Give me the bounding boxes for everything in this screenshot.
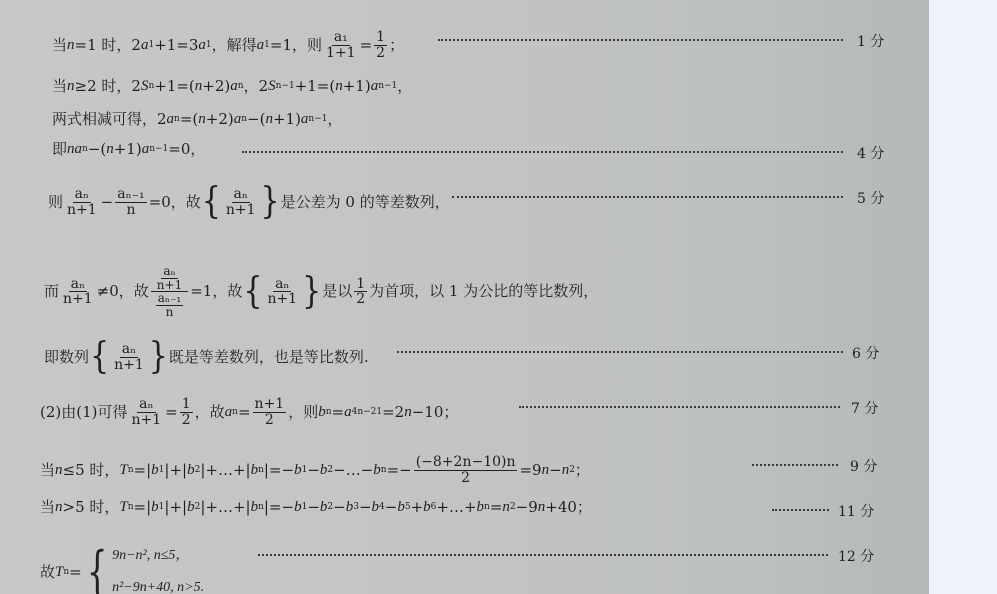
text-segment: |+| — [164, 463, 187, 478]
dotted-leader — [519, 406, 840, 408]
answer-sheet-photo: 当 n=1 时，2a1+1=3a1，解得 a1=1，则a₁1+1=12；1 分当… — [0, 0, 929, 594]
fraction: aₙn+1 — [112, 342, 146, 372]
math-variable: b — [151, 500, 159, 515]
math-variable: b — [294, 463, 302, 478]
text-segment: + — [411, 500, 424, 515]
math-variable: T — [55, 565, 63, 580]
denominator: 2 — [263, 413, 276, 428]
dotted-leader — [242, 151, 843, 153]
text-segment: |+…+| — [200, 500, 250, 515]
denominator: n+1 — [155, 279, 184, 292]
dotted-leader — [397, 351, 843, 353]
case-row: 9n−n², n≤5， — [112, 549, 204, 563]
math-variable: a — [142, 142, 150, 157]
dotted-leader — [438, 39, 843, 41]
math-variable: a — [225, 405, 233, 420]
brace-symbol: { — [90, 339, 109, 375]
denominator: n+1 — [224, 203, 258, 218]
denominator: n+1 — [61, 292, 95, 307]
text-segment: =1 时，2 — [75, 38, 141, 53]
math-variable: a — [301, 112, 309, 127]
text-segment: |=− — [264, 463, 294, 478]
piecewise-definition: {9n−n², n≤5，n²−9n+40, n>5. — [82, 545, 204, 594]
numerator: n+1 — [253, 397, 287, 413]
math-variable: n — [67, 79, 75, 94]
fraction: aₙ₋₁n — [156, 292, 184, 318]
math-variable: a — [75, 142, 83, 157]
text-segment: 两式相减可得，2 — [52, 112, 167, 127]
brace-symbol: { — [243, 274, 262, 310]
brace-symbol: } — [149, 339, 168, 375]
math-variable: S — [141, 79, 149, 94]
denominator: n+1 — [130, 413, 164, 428]
math-variable: n — [542, 463, 550, 478]
denominator: n — [164, 306, 176, 319]
numerator: aₙ — [273, 277, 291, 293]
text-segment: +2) — [206, 112, 234, 127]
score-label: 11 分 — [838, 501, 874, 521]
score-label: 5 分 — [857, 188, 884, 208]
text-segment: =− — [387, 463, 412, 478]
text-segment: (2)由(1)可得 — [40, 405, 128, 420]
text-segment: = — [360, 38, 373, 53]
math-line-l4: 即 nan−(n+1)an−1=0， — [52, 142, 205, 157]
fraction: aₙn+1 — [61, 277, 95, 307]
text-segment: ，解得 — [212, 38, 257, 53]
text-segment: 而 — [44, 284, 59, 299]
fraction: (−8+2n−10)n2 — [414, 455, 518, 485]
text-segment: ，2 — [244, 79, 269, 94]
fraction: aₙn+1 — [130, 397, 164, 427]
numerator: aₙ — [69, 277, 87, 293]
text-segment: ， — [328, 112, 343, 127]
text-segment: = — [165, 405, 178, 420]
subscript: n−1 — [378, 82, 397, 91]
dotted-leader — [452, 196, 843, 198]
text-segment: ，则 — [288, 405, 318, 420]
dotted-leader — [752, 464, 838, 466]
math-variable: b — [294, 500, 302, 515]
score-label: 1 分 — [857, 31, 884, 51]
numerator: a₁ — [332, 30, 350, 46]
text-segment: − — [359, 500, 372, 515]
text-segment: +1) — [343, 79, 371, 94]
math-variable: a — [198, 38, 206, 53]
text-segment: +…+ — [436, 500, 476, 515]
text-segment: =9 — [519, 463, 541, 478]
math-variable: b — [318, 405, 326, 420]
math-variable: b — [251, 463, 259, 478]
score-label: 6 分 — [852, 343, 879, 363]
text-segment: >5 时， — [63, 500, 120, 515]
math-variable: a — [344, 405, 352, 420]
numerator: aₙ₋₁ — [115, 187, 146, 203]
math-variable: a — [257, 38, 265, 53]
text-segment: +1) — [273, 112, 301, 127]
text-segment: +40； — [545, 500, 592, 515]
case-row: n²−9n+40, n>5. — [112, 581, 204, 594]
numerator: aₙ — [232, 187, 250, 203]
math-variable: T — [119, 500, 127, 515]
text-segment: 则 — [48, 195, 63, 210]
math-variable: n — [55, 463, 63, 478]
fraction: 12 — [374, 30, 387, 60]
math-variable: b — [251, 500, 259, 515]
text-segment: 当 — [52, 38, 67, 53]
math-line-l10: 当 n>5 时，Tn=|b1|+|b2|+…+|bn|=−b1−b2−b3−b4… — [40, 500, 592, 515]
text-segment: ， — [397, 79, 412, 94]
math-variable: a — [234, 112, 242, 127]
math-variable: S — [268, 79, 276, 94]
text-segment: − — [385, 500, 398, 515]
math-variable: n — [265, 112, 273, 127]
fraction: aₙn+1 — [224, 187, 258, 217]
fraction: a₁1+1 — [324, 30, 358, 60]
text-segment: =0， — [168, 142, 205, 157]
numerator: aₙ — [73, 187, 91, 203]
math-variable: T — [119, 463, 127, 478]
math-variable: a — [141, 38, 149, 53]
text-segment: 即数列 — [44, 350, 89, 365]
text-segment: |+…+| — [200, 463, 250, 478]
text-segment: − — [549, 463, 562, 478]
numerator: aₙ₋₁ — [156, 292, 184, 306]
numerator: 1 — [374, 30, 387, 46]
math-line-l2: 当 n≥2 时，2Sn+1=(n+2)an，2Sn−1+1=(n+1)an−1， — [52, 79, 412, 94]
text-segment: 故 — [40, 565, 55, 580]
fraction: aₙ₋₁n — [115, 187, 146, 217]
math-line-l6: 而aₙn+1≠0，故aₙn+1aₙ₋₁n=1，故{aₙn+1}是以12为首项，以… — [44, 265, 598, 318]
math-variable: n — [106, 142, 114, 157]
denominator: 2 — [180, 413, 193, 428]
text-segment: ≥2 时，2 — [75, 79, 141, 94]
math-variable: b — [187, 463, 195, 478]
text-segment: 当 — [40, 463, 55, 478]
fraction: aₙn+1 — [265, 277, 299, 307]
text-segment: =1，则 — [270, 38, 322, 53]
score-label: 4 分 — [857, 143, 884, 163]
math-variable: n — [502, 500, 510, 515]
text-segment: − — [307, 463, 320, 478]
text-segment: ； — [389, 38, 404, 53]
math-variable: n — [335, 79, 343, 94]
denominator: n+1 — [112, 358, 146, 373]
denominator: 2 — [354, 292, 367, 307]
math-variable: n — [538, 500, 546, 515]
numerator: (−8+2n−10)n — [414, 455, 518, 471]
text-segment: 是公差为 0 的等差数列， — [281, 195, 450, 210]
text-segment: ； — [575, 463, 590, 478]
numerator: 1 — [354, 277, 367, 293]
math-variable: b — [320, 463, 328, 478]
denominator: n+1 — [265, 292, 299, 307]
math-variable: b — [151, 463, 159, 478]
text-segment: = — [332, 405, 345, 420]
math-variable: b — [373, 463, 381, 478]
numerator: aₙ — [137, 397, 155, 413]
math-variable: n — [67, 38, 75, 53]
math-variable: n — [55, 500, 63, 515]
cases-rows: 9n−n², n≤5，n²−9n+40, n>5. — [112, 549, 204, 594]
brace-symbol: { — [202, 184, 221, 220]
math-line-l11: 故 Tn={9n−n², n≤5，n²−9n+40, n>5. — [40, 545, 204, 594]
fraction: 12 — [354, 277, 367, 307]
text-segment: −…− — [333, 463, 373, 478]
math-variable: n — [198, 112, 206, 127]
text-segment: − — [307, 500, 320, 515]
math-line-l8: (2)由(1)可得aₙn+1=12，故 an=n+12，则 bn=a4n−21=… — [40, 397, 458, 427]
score-label: 7 分 — [851, 398, 878, 418]
denominator: n+1 — [65, 203, 99, 218]
numerator: aₙn+1 — [151, 265, 188, 292]
math-variable: n — [67, 142, 75, 157]
fraction: aₙn+1 — [65, 187, 99, 217]
text-segment: +1) — [114, 142, 142, 157]
text-segment: − — [101, 195, 114, 210]
fraction: 12 — [180, 397, 193, 427]
subscript: n−1 — [149, 145, 168, 154]
math-variable: a — [371, 79, 379, 94]
brace-symbol: } — [302, 274, 321, 310]
text-segment: |=− — [264, 500, 294, 515]
text-segment: ≠0，故 — [97, 284, 149, 299]
score-label: 12 分 — [838, 546, 874, 566]
text-segment: ，故 — [195, 405, 225, 420]
denominator: n — [124, 203, 137, 218]
subscript: n−1 — [276, 82, 295, 91]
numerator: 1 — [180, 397, 193, 413]
fraction: n+12 — [253, 397, 287, 427]
subscript: 4n−21 — [352, 408, 383, 417]
math-line-l3: 两式相减可得，2an=(n+2)an−(n+1)an−1， — [52, 112, 343, 127]
math-line-l5: 则aₙn+1−aₙ₋₁n=0，故{aₙn+1}是公差为 0 的等差数列， — [48, 187, 450, 217]
text-segment: = — [238, 405, 251, 420]
math-variable: b — [320, 500, 328, 515]
math-variable: b — [423, 500, 431, 515]
score-label: 9 分 — [850, 456, 877, 476]
text-segment: |+| — [164, 500, 187, 515]
math-variable: b — [397, 500, 405, 515]
dotted-leader — [772, 509, 829, 511]
text-segment: =2 — [382, 405, 404, 420]
text-segment: ≤5 时， — [63, 463, 120, 478]
denominator: 2 — [374, 46, 387, 61]
text-segment: 为首项，以 1 为公比的等比数列， — [369, 284, 598, 299]
math-variable: n — [195, 79, 203, 94]
text-segment: =1，故 — [190, 284, 242, 299]
denominator: 1+1 — [324, 46, 358, 61]
math-variable: n — [562, 463, 570, 478]
math-variable: b — [477, 500, 485, 515]
subscript: n−1 — [308, 115, 327, 124]
denominator: aₙ₋₁n — [152, 292, 188, 318]
text-segment: = — [490, 500, 503, 515]
math-line-l9: 当 n≤5 时，Tn=|b1|+|b2|+…+|bn|=−b1−b2−…−bn=… — [40, 455, 590, 485]
text-segment: =0，故 — [149, 195, 201, 210]
text-segment: =| — [134, 463, 152, 478]
math-variable: b — [372, 500, 380, 515]
math-variable: b — [346, 500, 354, 515]
compound-fraction: aₙn+1aₙ₋₁n — [151, 265, 188, 318]
text-segment: +1=( — [154, 79, 195, 94]
text-segment: +1=( — [295, 79, 336, 94]
math-line-l7: 即数列{aₙn+1}既是等差数列，也是等比数列. — [44, 342, 369, 372]
math-variable: b — [187, 500, 195, 515]
text-segment: +2) — [202, 79, 230, 94]
text-segment: 当 — [52, 79, 67, 94]
text-segment: −( — [88, 142, 106, 157]
brace-symbol: } — [261, 184, 280, 220]
numerator: aₙ — [120, 342, 138, 358]
math-variable: a — [167, 112, 175, 127]
math-variable: n — [404, 405, 412, 420]
text-segment: +1=3 — [154, 38, 198, 53]
fraction: aₙn+1 — [155, 265, 184, 291]
text-segment: = — [69, 565, 82, 580]
text-segment: =( — [180, 112, 198, 127]
text-segment: 当 — [40, 500, 55, 515]
numerator: aₙ — [161, 265, 177, 279]
text-segment: −( — [247, 112, 265, 127]
dotted-leader — [258, 554, 828, 556]
math-variable: a — [230, 79, 238, 94]
brace-symbol: { — [87, 545, 108, 594]
text-segment: − — [333, 500, 346, 515]
math-line-l1: 当 n=1 时，2a1+1=3a1，解得 a1=1，则a₁1+1=12； — [52, 30, 404, 60]
text-segment: 是以 — [322, 284, 352, 299]
text-segment: −9 — [516, 500, 538, 515]
text-segment: 即 — [52, 142, 67, 157]
text-segment: =| — [134, 500, 152, 515]
text-segment: 既是等差数列，也是等比数列. — [169, 350, 369, 365]
text-segment: −10； — [412, 405, 459, 420]
denominator: 2 — [459, 471, 472, 486]
